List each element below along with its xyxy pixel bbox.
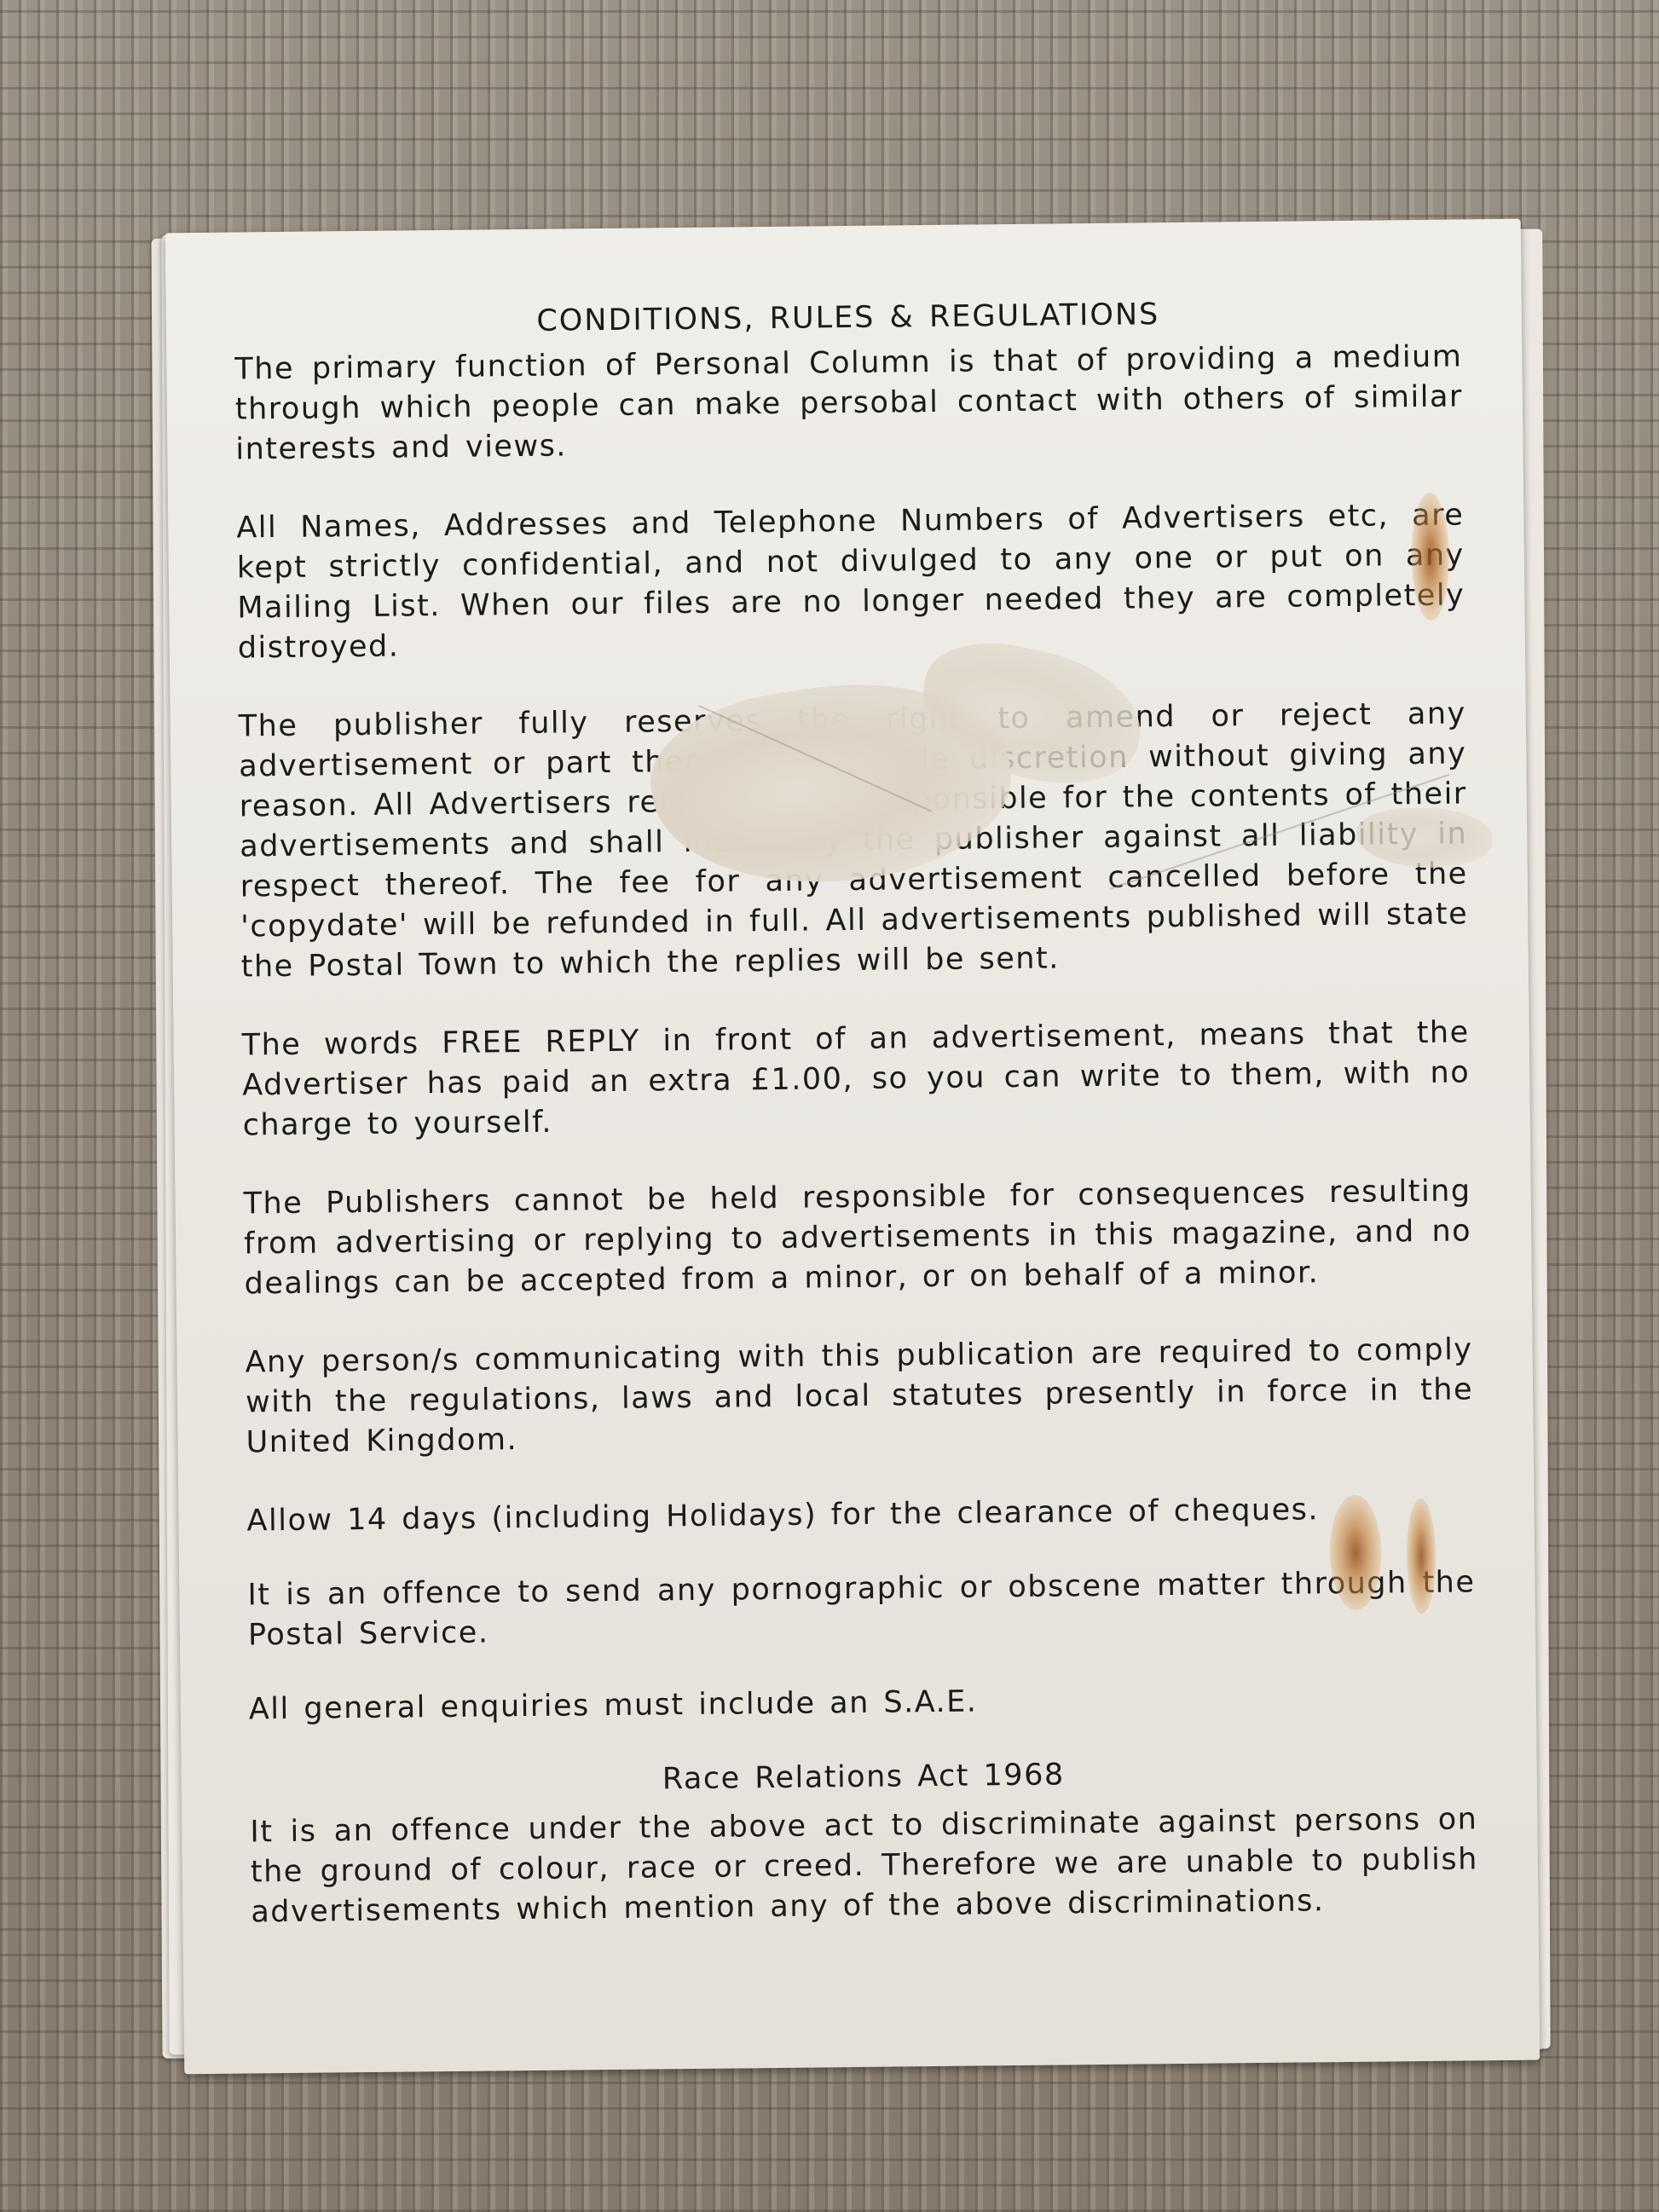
section-heading-race-relations: Race Relations Act 1968	[250, 1751, 1477, 1804]
paragraph-obscene-matter: It is an offence to send any pornographi…	[247, 1562, 1476, 1655]
paragraph-cheques: Allow 14 days (including Holidays) for t…	[246, 1488, 1474, 1541]
paragraph-free-reply: The words FREE REPLY in front of an adve…	[241, 1013, 1470, 1146]
paragraph-liability: The Publishers cannot be held responsibl…	[243, 1171, 1471, 1304]
document-title: CONDITIONS, RULES & REGULATIONS	[234, 292, 1462, 344]
paragraph-compliance: Any person/s communicating with this pub…	[245, 1330, 1473, 1463]
document-sheet: CONDITIONS, RULES & REGULATIONS The prim…	[165, 219, 1540, 2075]
paragraph-purpose: The primary function of Personal Column …	[234, 337, 1463, 470]
paragraph-discrimination: It is an offence under the above act to …	[250, 1799, 1478, 1932]
paragraph-enquiries: All general enquiries must include an S.…	[249, 1677, 1477, 1730]
document-body: CONDITIONS, RULES & REGULATIONS The prim…	[234, 292, 1479, 1971]
paragraph-confidentiality: All Names, Addresses and Telephone Numbe…	[236, 495, 1465, 668]
